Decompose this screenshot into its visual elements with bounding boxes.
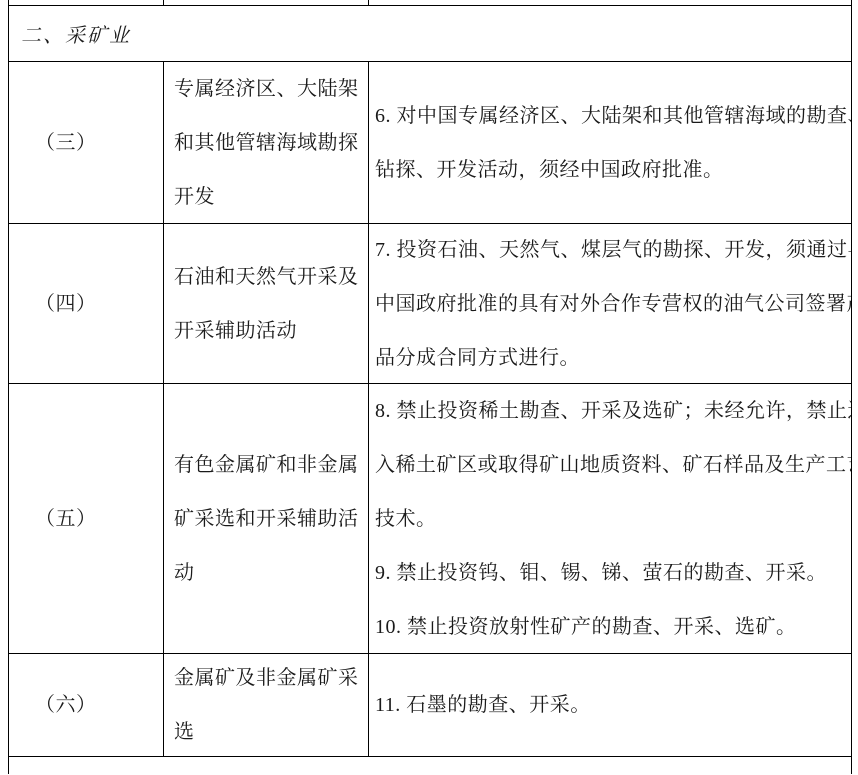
row-index-label: （五） — [35, 492, 163, 546]
category-line: 开发 — [174, 170, 362, 224]
measure-line: 9. 禁止投资钨、钼、锡、锑、萤石的勘查、开采。 — [375, 546, 847, 600]
row-index-label: （六） — [35, 678, 163, 732]
measure-line: 6. 对中国专属经济区、大陆架和其他管辖海域的勘查、 — [375, 89, 847, 143]
measures-cell: 11. 石墨的勘查、开采。 — [369, 654, 851, 756]
partial-cell — [9, 757, 851, 774]
measure-line: 品分成合同方式进行。 — [375, 331, 847, 384]
table-row: （五） 有色金属矿和非金属 矿采选和开采辅助活 动 8. 禁止投资稀土勘查、开采… — [9, 384, 851, 654]
partial-cell — [164, 0, 369, 5]
measure-line: 技术。 — [375, 492, 847, 546]
table-row-partial-bottom — [9, 757, 851, 774]
partial-cell — [9, 0, 164, 5]
row-index-cell: （六） — [9, 654, 164, 756]
measures-cell: 8. 禁止投资稀土勘查、开采及选矿；未经允许，禁止进 入稀土矿区或取得矿山地质资… — [369, 384, 851, 653]
category-line: 动 — [174, 546, 362, 600]
category-cell: 金属矿及非金属矿采 选 — [164, 654, 369, 756]
measures-cell: 6. 对中国专属经济区、大陆架和其他管辖海域的勘查、 钻探、开发活动，须经中国政… — [369, 62, 851, 223]
row-index-label: （四） — [35, 277, 163, 331]
row-index-cell: （三） — [9, 62, 164, 223]
measure-line: 10. 禁止投资放射性矿产的勘查、开采、选矿。 — [375, 600, 847, 654]
category-line: 矿采选和开采辅助活 — [174, 492, 362, 546]
category-cell: 石油和天然气开采及 开采辅助活动 — [164, 224, 369, 383]
category-line: 开采辅助活动 — [174, 304, 362, 358]
table-row: （四） 石油和天然气开采及 开采辅助活动 7. 投资石油、天然气、煤层气的勘探、… — [9, 224, 851, 384]
document-page: 二、采矿业 （三） 专属经济区、大陆架 和其他管辖海域勘探 开发 6. 对中国专… — [0, 0, 858, 775]
category-line: 和其他管辖海域勘探 — [174, 116, 362, 170]
measure-line: 中国政府批准的具有对外合作专营权的油气公司签署产 — [375, 277, 847, 331]
table-row: （六） 金属矿及非金属矿采 选 11. 石墨的勘查、开采。 — [9, 654, 851, 757]
table-row: （三） 专属经济区、大陆架 和其他管辖海域勘探 开发 6. 对中国专属经济区、大… — [9, 62, 851, 224]
category-line: 石油和天然气开采及 — [174, 250, 362, 304]
category-line: 有色金属矿和非金属 — [174, 438, 362, 492]
category-line: 专属经济区、大陆架 — [174, 62, 362, 116]
measure-line: 11. 石墨的勘查、开采。 — [375, 678, 847, 732]
negative-list-table: 二、采矿业 （三） 专属经济区、大陆架 和其他管辖海域勘探 开发 6. 对中国专… — [8, 0, 852, 774]
measure-line: 8. 禁止投资稀土勘查、开采及选矿；未经允许，禁止进 — [375, 384, 847, 438]
category-line: 金属矿及非金属矿采 — [174, 654, 362, 705]
row-index-label: （三） — [35, 116, 163, 170]
measure-line: 钻探、开发活动，须经中国政府批准。 — [375, 143, 847, 197]
category-cell: 有色金属矿和非金属 矿采选和开采辅助活 动 — [164, 384, 369, 653]
partial-cell — [369, 0, 851, 5]
section-header-cell: 二、采矿业 — [9, 6, 851, 61]
table-row-section-header: 二、采矿业 — [9, 6, 851, 62]
row-index-cell: （四） — [9, 224, 164, 383]
category-cell: 专属经济区、大陆架 和其他管辖海域勘探 开发 — [164, 62, 369, 223]
measure-line: 7. 投资石油、天然气、煤层气的勘探、开发，须通过与 — [375, 224, 847, 277]
section-title: 二、采矿业 — [9, 19, 851, 48]
row-index-cell: （五） — [9, 384, 164, 653]
measures-cell: 7. 投资石油、天然气、煤层气的勘探、开发，须通过与 中国政府批准的具有对外合作… — [369, 224, 851, 383]
measure-line: 入稀土矿区或取得矿山地质资料、矿石样品及生产工艺 — [375, 438, 847, 492]
category-line: 选 — [174, 705, 362, 756]
